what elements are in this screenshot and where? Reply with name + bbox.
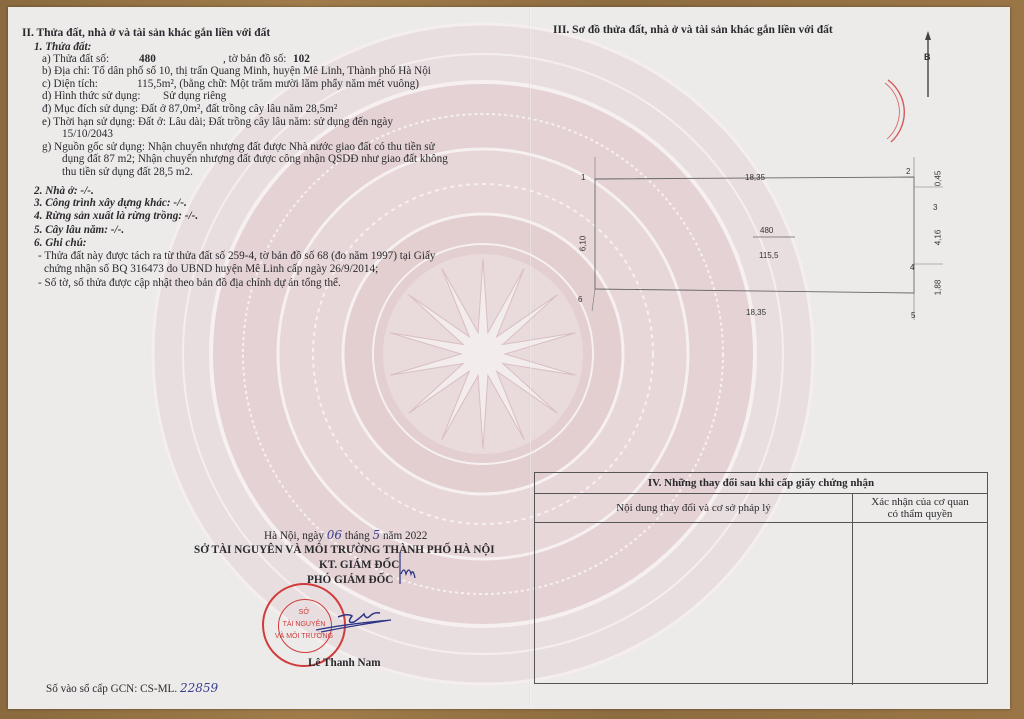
point-3: 3 bbox=[933, 203, 937, 212]
dim-right-1: 0,45 bbox=[933, 171, 942, 187]
date-month: 5 bbox=[373, 528, 381, 542]
point-1: 1 bbox=[581, 173, 585, 182]
date-prefix: Hà Nội, ngày bbox=[264, 530, 324, 542]
confirmation-header-line-2: có thẩm quyền bbox=[853, 508, 987, 520]
registry-number: Số vào sổ cấp GCN: CS-ML. 22859 bbox=[46, 682, 218, 696]
point-6: 6 bbox=[578, 295, 582, 304]
point-2: 2 bbox=[906, 167, 910, 176]
dim-left: 6,10 bbox=[578, 236, 587, 252]
issue-date: Hà Nội, ngày 06 tháng 5 năm 2022 bbox=[264, 529, 427, 543]
date-year: năm 2022 bbox=[383, 530, 427, 542]
registry-value: 22859 bbox=[180, 681, 218, 695]
dim-right-3: 1,88 bbox=[933, 280, 942, 296]
certificate-page: II. Thửa đất, nhà ở và tài sản khác gắn … bbox=[8, 7, 1010, 709]
stamp-fragment bbox=[883, 77, 923, 147]
registry-label: Số vào sổ cấp GCN: CS-ML. bbox=[46, 683, 177, 695]
sketch-parcel-area: 115,5 bbox=[759, 251, 778, 260]
changes-column-header: Nội dung thay đổi và cơ sở pháp lý bbox=[535, 494, 853, 522]
dim-bottom: 18,35 bbox=[746, 308, 766, 317]
dim-top: 18,35 bbox=[745, 173, 765, 182]
north-label: B bbox=[924, 52, 931, 62]
section-4-title: IV. Những thay đổi sau khi cấp giấy chứn… bbox=[535, 473, 987, 494]
sketch-parcel-number: 480 bbox=[760, 226, 773, 235]
date-day: 06 bbox=[327, 528, 342, 542]
dim-right-2: 4,16 bbox=[933, 230, 942, 246]
confirmation-column-header: Xác nhận của cơ quan có thẩm quyền bbox=[853, 494, 987, 522]
point-5: 5 bbox=[911, 311, 915, 320]
confirmation-header-line-1: Xác nhận của cơ quan bbox=[853, 496, 987, 508]
date-month-label: tháng bbox=[345, 530, 370, 542]
changes-table: IV. Những thay đổi sau khi cấp giấy chứn… bbox=[534, 472, 988, 684]
changes-content-cell bbox=[535, 523, 853, 685]
handwritten-signature bbox=[308, 552, 428, 652]
signer-name: Lê Thanh Nam bbox=[308, 657, 381, 670]
point-4: 4 bbox=[910, 263, 914, 272]
